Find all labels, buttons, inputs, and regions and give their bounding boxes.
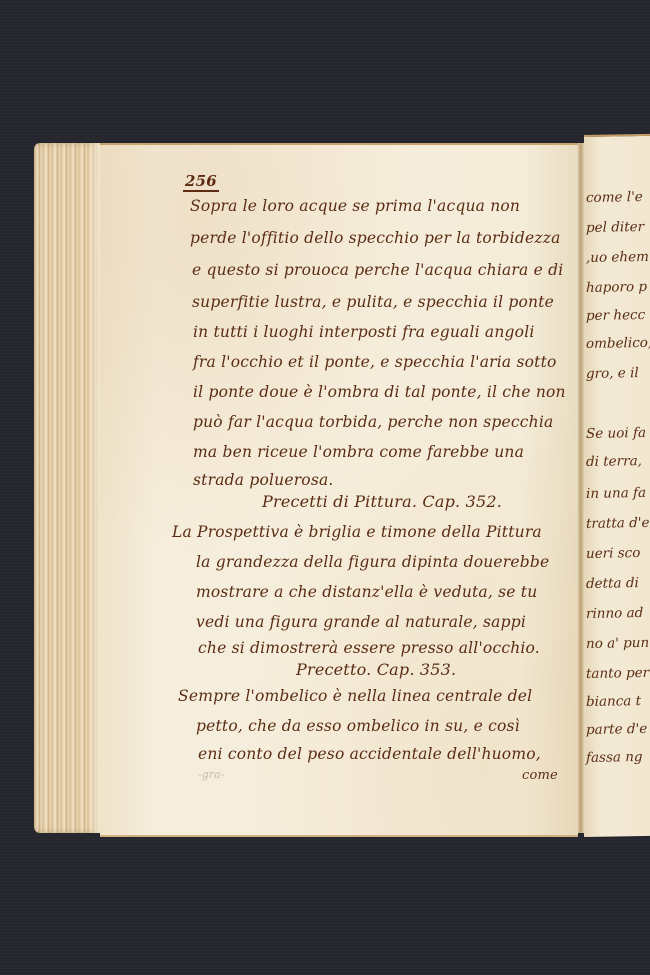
recto-line: no a' pun	[586, 634, 649, 653]
recto-line: ombelico,	[586, 334, 650, 353]
chapter-heading-352: Precetti di Pittura. Cap. 352.	[262, 492, 502, 512]
text-line: ma ben riceue l'ombra come farebbe una	[193, 442, 524, 462]
recto-line: Se uoi fa	[586, 424, 646, 443]
text-line: perde l'offitio dello specchio per la to…	[190, 228, 561, 248]
text-line: fra l'occhio et il ponte, e specchia l'a…	[193, 352, 557, 372]
recto-line: fassa ng	[586, 748, 643, 767]
open-manuscript-book: come l'e pel diter ,uo ehem haporo p per…	[0, 0, 650, 975]
text-line: Sempre l'ombelico è nella linea centrale…	[178, 686, 532, 706]
recto-line: di terra,	[586, 452, 642, 471]
text-line: e questo si prouoca perche l'acqua chiar…	[192, 260, 563, 280]
faint-offset-mark: -gra-	[198, 768, 224, 781]
recto-line: detta di	[586, 574, 639, 593]
recto-line: per hecc	[586, 306, 645, 325]
text-line: vedi una figura grande al naturale, sapp…	[196, 612, 526, 632]
recto-line: tanto per	[586, 664, 649, 683]
recto-line: ,uo ehem	[586, 248, 649, 267]
text-line: eni conto del peso accidentale dell'huom…	[198, 744, 541, 764]
text-line: mostrare a che distanz'ella è veduta, se…	[196, 582, 537, 602]
text-line: il ponte doue è l'ombra di tal ponte, il…	[193, 382, 566, 402]
text-line: superfitie lustra, e pulita, e specchia …	[192, 292, 554, 312]
recto-line: ueri sco	[586, 544, 640, 563]
recto-line: gro, e il	[586, 364, 639, 383]
recto-line: tratta d'e	[586, 514, 649, 533]
text-line: la grandezza della figura dipinta douere…	[196, 552, 549, 572]
recto-line: haporo p	[586, 278, 647, 297]
recto-line: in una fa	[586, 484, 646, 503]
text-line: strada poluerosa.	[193, 470, 334, 490]
text-line: La Prospettiva è briglia e timone della …	[172, 522, 542, 542]
recto-page-partial: come l'e pel diter ,uo ehem haporo p per…	[584, 134, 650, 837]
text-line: che si dimostrerà essere presso all'occh…	[198, 638, 540, 658]
folio-number: 256	[183, 172, 219, 192]
text-line: petto, che da esso ombelico in su, e cos…	[196, 716, 520, 736]
text-line: può far l'acqua torbida, perche non spec…	[193, 412, 553, 432]
recto-line: rinno ad	[586, 604, 643, 623]
recto-line: pel diter	[586, 218, 644, 237]
recto-line: bianca t	[586, 692, 641, 711]
catchword: come	[522, 768, 558, 783]
text-line: in tutti i luoghi interposti fra eguali …	[193, 322, 535, 342]
text-line: Sopra le loro acque se prima l'acqua non	[190, 196, 520, 216]
chapter-heading-353: Precetto. Cap. 353.	[296, 660, 456, 680]
recto-line: come l'e	[586, 188, 643, 207]
page-stack-fore-edge	[34, 143, 102, 833]
recto-line: parte d'e	[586, 720, 647, 739]
